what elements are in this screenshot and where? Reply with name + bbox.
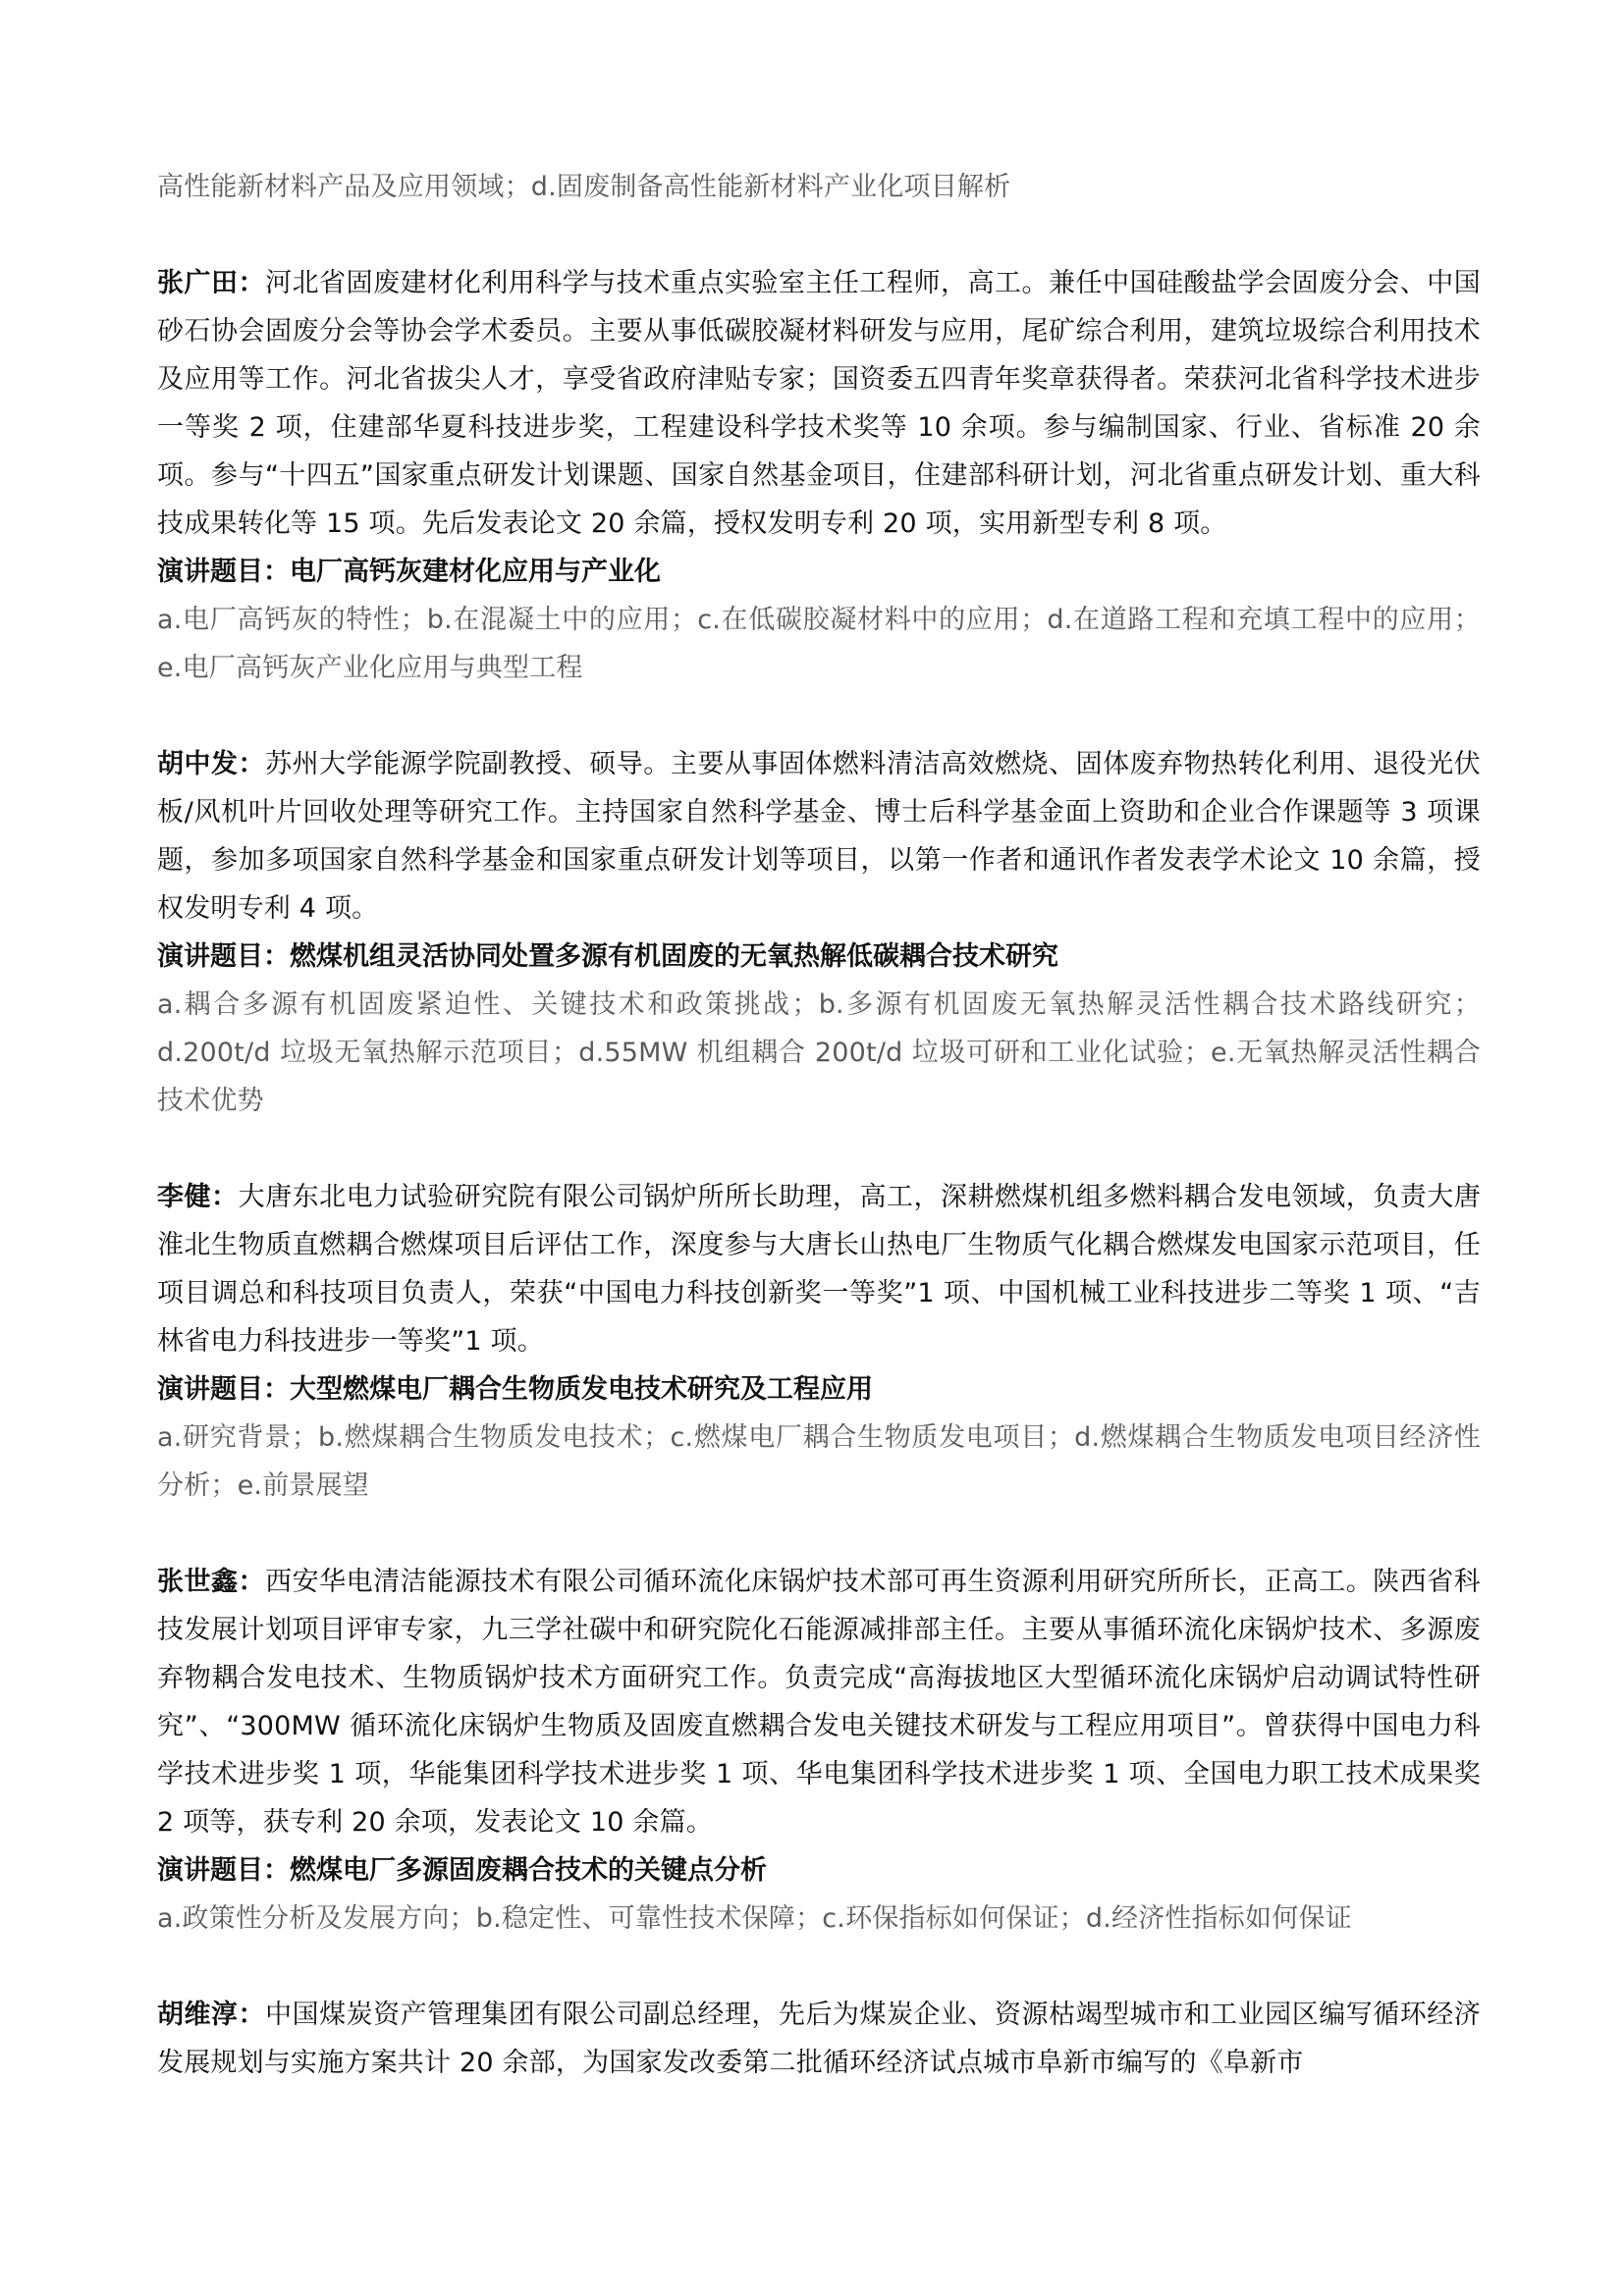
speaker-name: 张世鑫： bbox=[157, 1567, 265, 1597]
speaker-name: 张广田： bbox=[157, 268, 265, 298]
speaker-bio-paragraph: 胡中发：苏州大学能源学院副教授、硕导。主要从事固体燃料清洁高效燃烧、固体废弃物热… bbox=[157, 740, 1481, 933]
speaker-bio: 大唐东北电力试验研究院有限公司锅炉所所长助理，高工，深耕燃煤机组多燃料耦合发电领… bbox=[157, 1182, 1481, 1357]
speaker-hu-weichun: 胡维淳：中国煤炭资产管理集团有限公司副总经理，先后为煤炭企业、资源枯竭型城市和工… bbox=[157, 1991, 1481, 2087]
talk-outline: a.研究背景；b.燃煤耦合生物质发电技术；c.燃煤电厂耦合生物质发电项目；d.燃… bbox=[157, 1414, 1481, 1510]
speaker-zhang-shixin: 张世鑫：西安华电清洁能源技术有限公司循环流化床锅炉技术部可再生资源利用研究所所长… bbox=[157, 1558, 1481, 1943]
talk-title-text: 燃煤机组灵活协同处置多源有机固废的无氧热解低碳耦合技术研究 bbox=[290, 941, 1058, 972]
talk-title-text: 电厂高钙灰建材化应用与产业化 bbox=[290, 557, 661, 587]
talk-title-label: 演讲题目： bbox=[157, 1374, 290, 1405]
talk-outline: a.政策性分析及发展方向；b.稳定性、可靠性技术保障；c.环保指标如何保证；d.… bbox=[157, 1895, 1481, 1943]
speaker-bio-paragraph: 张广田：河北省固废建材化利用科学与技术重点实验室主任工程师，高工。兼任中国硅酸盐… bbox=[157, 259, 1481, 548]
talk-outline: a.电厂高钙灰的特性；b.在混凝土中的应用；c.在低碳胶凝材料中的应用；d.在道… bbox=[157, 596, 1481, 692]
speaker-li-jian: 李健：大唐东北电力试验研究院有限公司锅炉所所长助理，高工，深耕燃煤机组多燃料耦合… bbox=[157, 1173, 1481, 1510]
talk-title: 演讲题目：大型燃煤电厂耦合生物质发电技术研究及工程应用 bbox=[157, 1365, 1481, 1414]
spacer bbox=[157, 1125, 1481, 1173]
speaker-bio: 西安华电清洁能源技术有限公司循环流化床锅炉技术部可再生资源利用研究所所长，正高工… bbox=[157, 1567, 1481, 1838]
spacer bbox=[157, 1943, 1481, 1991]
speaker-bio-paragraph: 胡维淳：中国煤炭资产管理集团有限公司副总经理，先后为煤炭企业、资源枯竭型城市和工… bbox=[157, 1991, 1481, 2087]
talk-title: 演讲题目：电厂高钙灰建材化应用与产业化 bbox=[157, 548, 1481, 596]
speaker-name: 胡维淳： bbox=[157, 2000, 265, 2030]
continued-outline: 高性能新材料产品及应用领域；d.固废制备高性能新材料产业化项目解析 bbox=[157, 163, 1481, 211]
speaker-zhang-guangtian: 张广田：河北省固废建材化利用科学与技术重点实验室主任工程师，高工。兼任中国硅酸盐… bbox=[157, 259, 1481, 692]
speaker-hu-zhongfa: 胡中发：苏州大学能源学院副教授、硕导。主要从事固体燃料清洁高效燃烧、固体废弃物热… bbox=[157, 740, 1481, 1125]
speaker-bio: 苏州大学能源学院副教授、硕导。主要从事固体燃料清洁高效燃烧、固体废弃物热转化利用… bbox=[157, 749, 1481, 924]
talk-title-label: 演讲题目： bbox=[157, 1855, 290, 1886]
document-page: 高性能新材料产品及应用领域；d.固废制备高性能新材料产业化项目解析 张广田：河北… bbox=[157, 163, 1481, 2087]
speaker-name: 胡中发： bbox=[157, 749, 265, 779]
speaker-bio-paragraph: 张世鑫：西安华电清洁能源技术有限公司循环流化床锅炉技术部可再生资源利用研究所所长… bbox=[157, 1558, 1481, 1846]
speaker-bio: 河北省固废建材化利用科学与技术重点实验室主任工程师，高工。兼任中国硅酸盐学会固废… bbox=[157, 268, 1481, 539]
spacer bbox=[157, 692, 1481, 740]
talk-title: 演讲题目：燃煤机组灵活协同处置多源有机固废的无氧热解低碳耦合技术研究 bbox=[157, 933, 1481, 981]
talk-outline: a.耦合多源有机固废紧迫性、关键技术和政策挑战；b.多源有机固废无氧热解灵活性耦… bbox=[157, 981, 1481, 1125]
talk-title-label: 演讲题目： bbox=[157, 557, 290, 587]
speaker-name: 李健： bbox=[157, 1182, 239, 1212]
talk-title-label: 演讲题目： bbox=[157, 941, 290, 972]
talk-title-text: 大型燃煤电厂耦合生物质发电技术研究及工程应用 bbox=[290, 1374, 873, 1405]
spacer bbox=[157, 1510, 1481, 1558]
speaker-bio: 中国煤炭资产管理集团有限公司副总经理，先后为煤炭企业、资源枯竭型城市和工业园区编… bbox=[157, 2000, 1481, 2078]
talk-title: 演讲题目：燃煤电厂多源固废耦合技术的关键点分析 bbox=[157, 1846, 1481, 1895]
speaker-bio-paragraph: 李健：大唐东北电力试验研究院有限公司锅炉所所长助理，高工，深耕燃煤机组多燃料耦合… bbox=[157, 1173, 1481, 1365]
spacer bbox=[157, 211, 1481, 259]
talk-title-text: 燃煤电厂多源固废耦合技术的关键点分析 bbox=[290, 1855, 767, 1886]
